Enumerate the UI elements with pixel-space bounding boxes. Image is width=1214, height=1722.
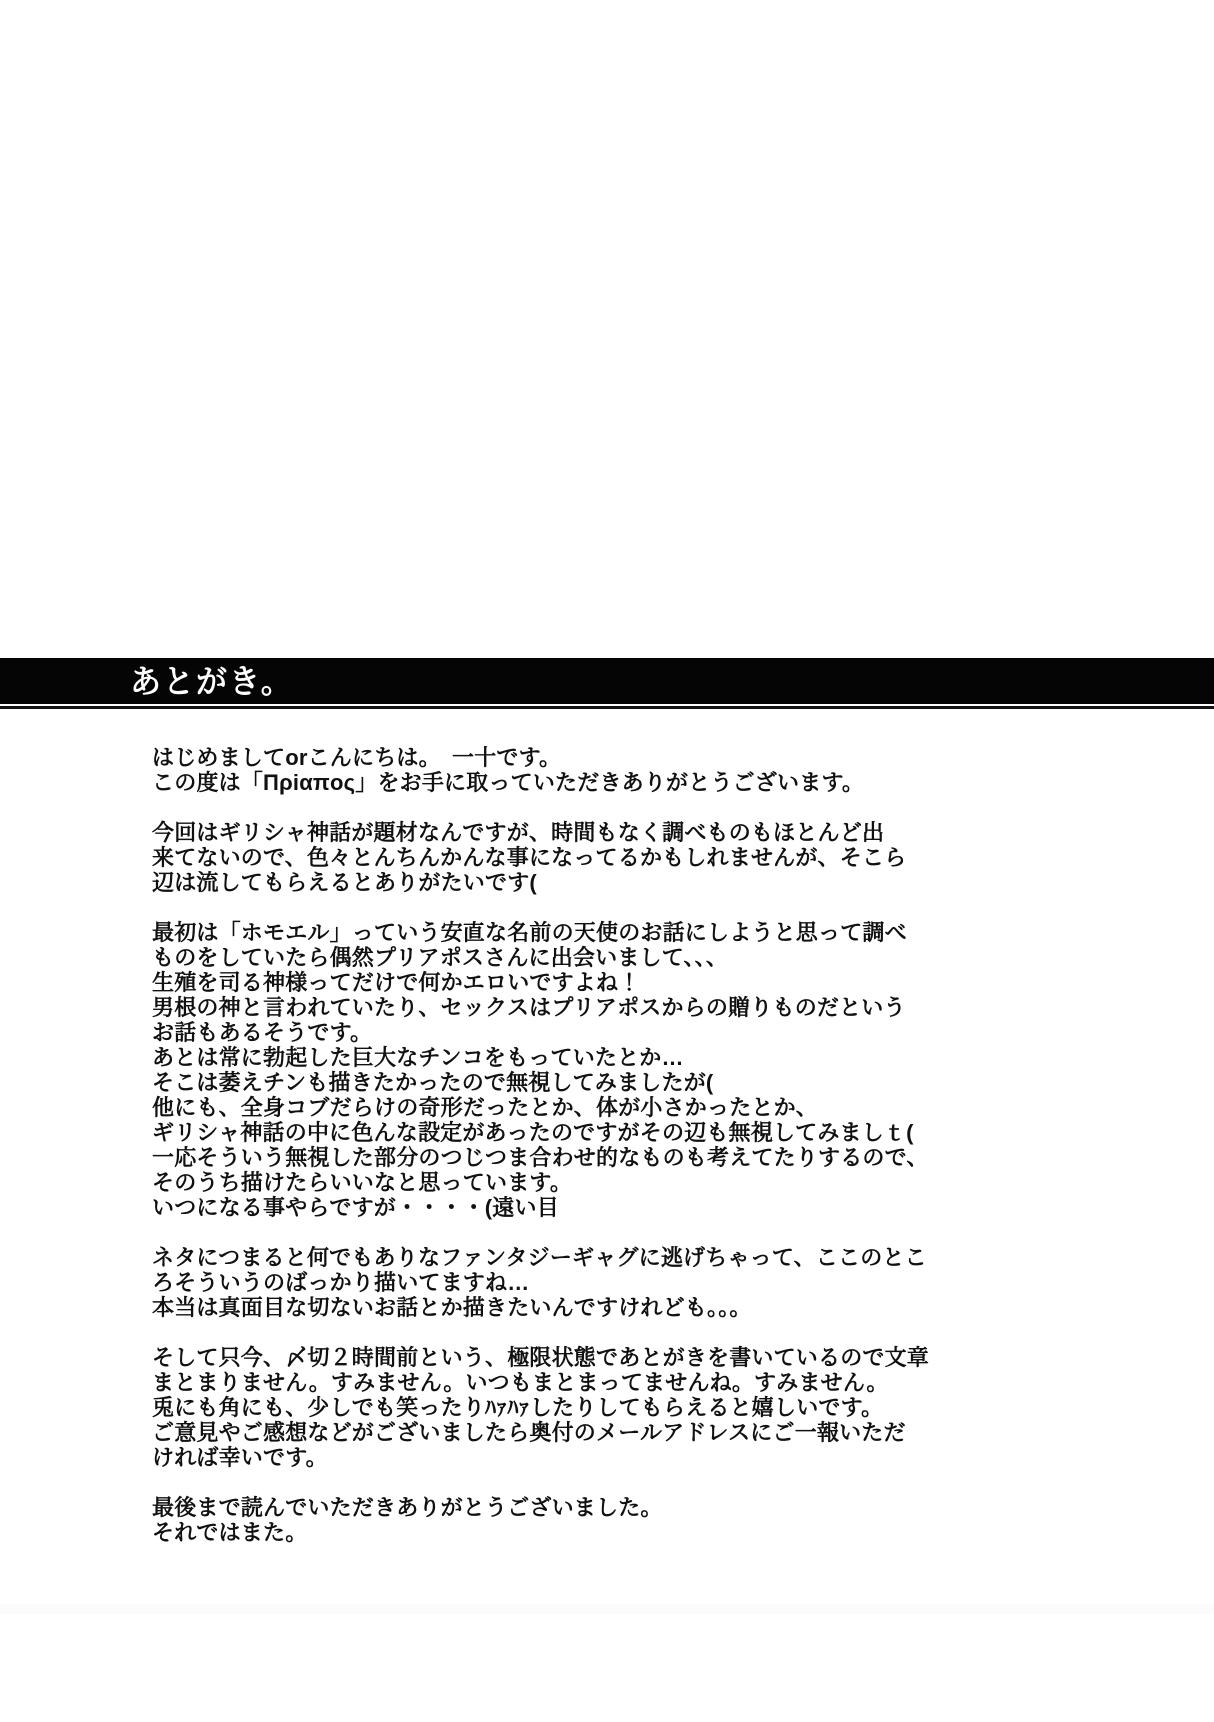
- text-line: ギリシャ神話の中に色んな設定があったのですがその辺も無視してみましｔ(: [152, 1120, 1162, 1145]
- text-line: 他にも、全身コブだらけの奇形だったとか、体が小さかったとか、: [152, 1095, 1162, 1120]
- text-line: そのうち描けたらいいなと思っています。: [152, 1170, 1162, 1195]
- text-line: それではまた。: [152, 1520, 1162, 1545]
- paragraph: 最後まで読んでいただきありがとうございました。それではまた。: [152, 1495, 1162, 1545]
- text-line: 最後まで読んでいただきありがとうございました。: [152, 1495, 1162, 1520]
- text-line: ネタにつまると何でもありなファンタジーギャグに逃げちゃって、ここのとこ: [152, 1245, 1162, 1270]
- text-line: お話もあるそうです。: [152, 1020, 1162, 1045]
- text-line: そこは萎えチンも描きたかったので無視してみましたが(: [152, 1070, 1162, 1095]
- text-line: あとは常に勃起した巨大なチンコをもっていたとか…: [152, 1045, 1162, 1070]
- text-line: 来てないので、色々とんちんかんな事になってるかもしれませんが、そこら: [152, 845, 1162, 870]
- text-line: 兎にも角にも、少しでも笑ったりﾊｧﾊｧしたりしてもらえると嬉しいです。: [152, 1395, 1162, 1420]
- text-line: 辺は流してもらえるとありがたいです(: [152, 870, 1162, 895]
- paragraph: 今回はギリシャ神話が題材なんですが、時間もなく調べものもほとんど出来てないので、…: [152, 820, 1162, 895]
- text-line: 生殖を司る神様ってだけで何かエロいですよね！: [152, 970, 1162, 995]
- paragraph: はじめましてorこんにちは。 一十です。この度は「Πρiαπoς」をお手に取って…: [152, 745, 1162, 795]
- paragraph: 最初は「ホモエル」っていう安直な名前の天使のお話にしようと思って調べものをしてい…: [152, 920, 1162, 1220]
- paragraph: そして只今、〆切２時間前という、極限状態であとがきを書いているので文章まとまりま…: [152, 1345, 1162, 1470]
- banner-underline: [0, 706, 1214, 709]
- text-line: 今回はギリシャ神話が題材なんですが、時間もなく調べものもほとんど出: [152, 820, 1162, 845]
- paragraph: ネタにつまると何でもありなファンタジーギャグに逃げちゃって、ここのところそういう…: [152, 1245, 1162, 1320]
- text-line: まとまりません。すみません。いつもまとまってませんね。すみません。: [152, 1370, 1162, 1395]
- text-line: ろそういうのばっかり描いてますね…: [152, 1270, 1162, 1295]
- text-line: この度は「Πρiαπoς」をお手に取っていただきありがとうございます。: [152, 770, 1162, 795]
- afterword-text-block: はじめましてorこんにちは。 一十です。この度は「Πρiαπoς」をお手に取って…: [152, 745, 1162, 1570]
- text-line: そして只今、〆切２時間前という、極限状態であとがきを書いているので文章: [152, 1345, 1162, 1370]
- text-line: いつになる事やらですが・・・・(遠い目: [152, 1195, 1162, 1220]
- text-line: ければ幸いです。: [152, 1445, 1162, 1470]
- footer-margin-strip: [0, 1604, 1214, 1614]
- page-title: あとがき。: [130, 665, 294, 698]
- afterword-page: あとがき。 はじめましてorこんにちは。 一十です。この度は「Πρiαπoς」を…: [0, 0, 1214, 1722]
- text-line: ご意見やご感想などがございましたら奥付のメールアドレスにご一報いただ: [152, 1420, 1162, 1445]
- text-line: 一応そういう無視した部分のつじつま合わせ的なものも考えてたりするので、: [152, 1145, 1162, 1170]
- text-line: 男根の神と言われていたり、セックスはプリアポスからの贈りものだという: [152, 995, 1162, 1020]
- text-line: 本当は真面目な切ないお話とか描きたいんですけれども。。。: [152, 1295, 1162, 1320]
- text-line: ものをしていたら偶然プリアポスさんに出会いまして、、、: [152, 945, 1162, 970]
- text-line: はじめましてorこんにちは。 一十です。: [152, 745, 1162, 770]
- text-line: 最初は「ホモエル」っていう安直な名前の天使のお話にしようと思って調べ: [152, 920, 1162, 945]
- afterword-title-banner: あとがき。: [0, 658, 1214, 704]
